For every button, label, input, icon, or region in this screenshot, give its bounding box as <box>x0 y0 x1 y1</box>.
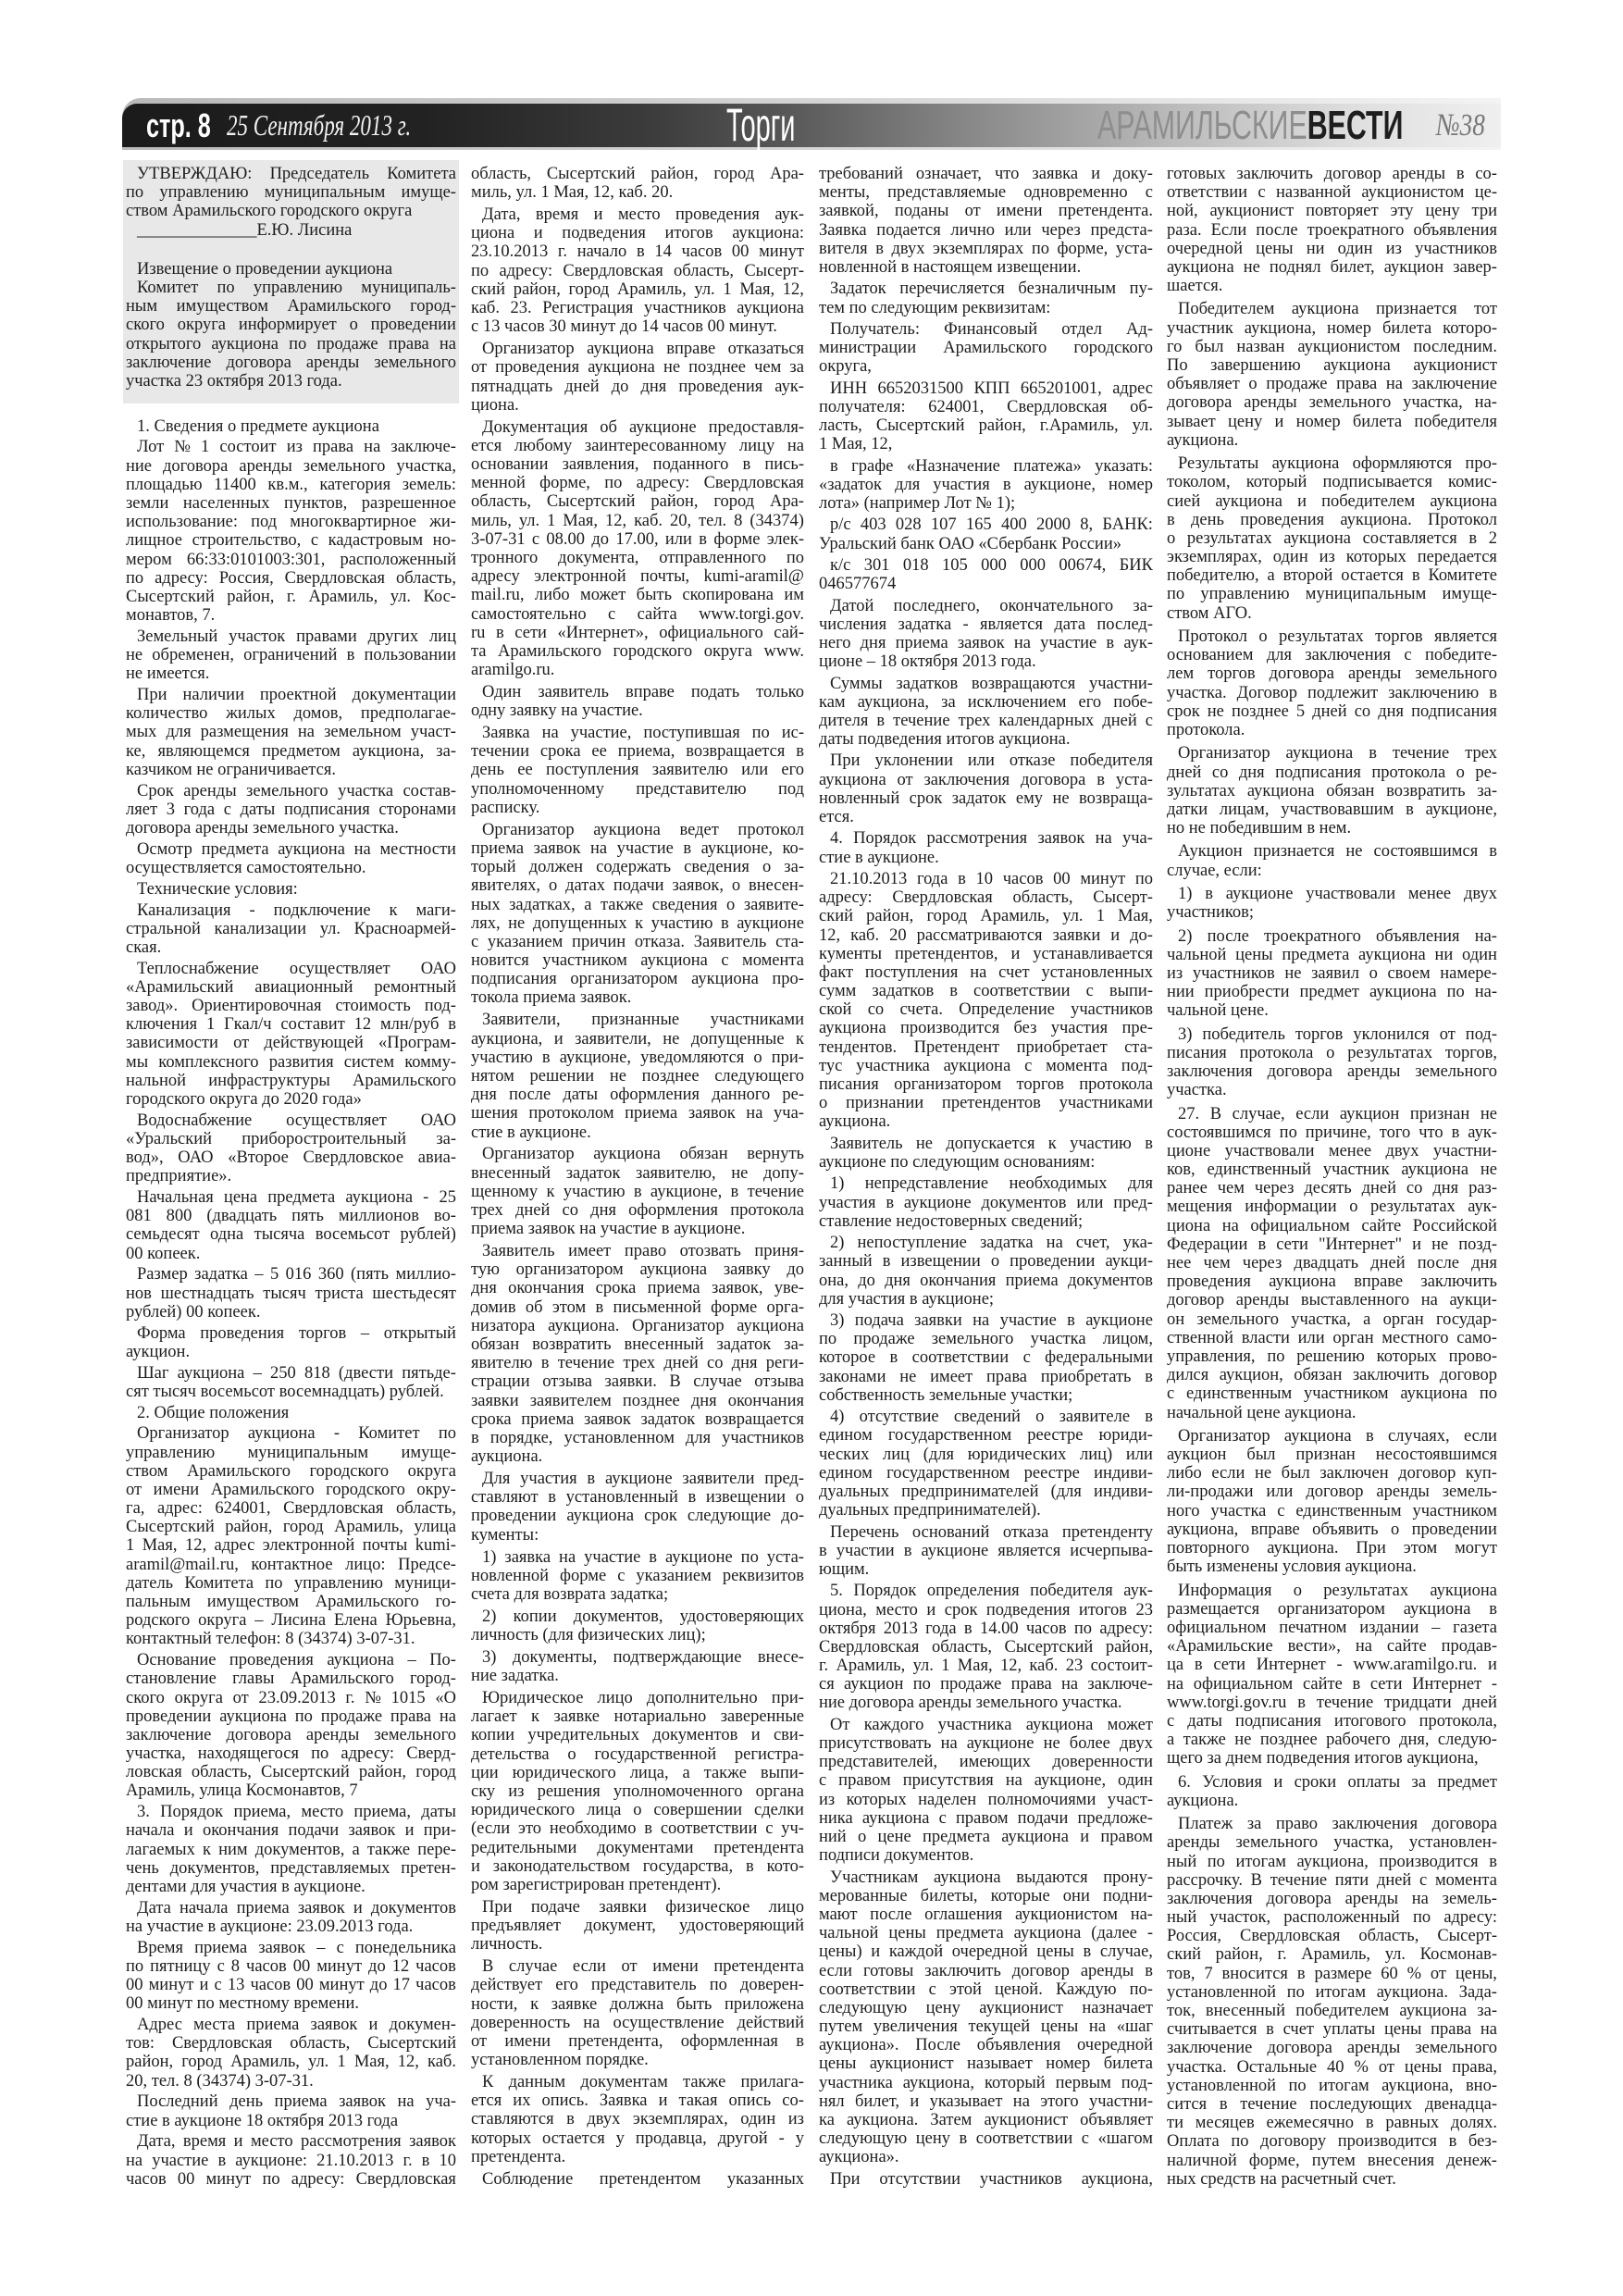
paragraph: Срок аренды земельного участка состав-ля… <box>126 782 456 838</box>
text-line: проведении аукциона срок следующие до- <box>471 1507 804 1525</box>
text-line: ти месяцев ежемесячно в равных долях. <box>1167 2114 1497 2132</box>
text-line: дуальных предпринимателей (для индиви- <box>819 1483 1153 1501</box>
text-line: начала и окончания подачи заявок и при- <box>126 1821 456 1840</box>
text-line: Организатор аукциона обязан вернуть <box>471 1145 804 1163</box>
text-line: детельства о государственной регистра- <box>471 1745 804 1764</box>
text-line: тус участника аукциона с момента под- <box>819 1057 1153 1075</box>
text-line: Технические условия: <box>126 880 456 899</box>
text-line: она, до дня окончания приема документов <box>819 1272 1153 1290</box>
text-line: следующую цену в соответствии с «шагом <box>819 2129 1153 2148</box>
text-line: о результатах аукциона составляется в 2 <box>1167 529 1497 548</box>
text-line: родского округа – Лисина Елена Юрьевна, <box>126 1611 456 1630</box>
text-line: Основание проведения аукциона – По- <box>126 1651 456 1669</box>
paragraph: р/с 403 028 107 165 400 2000 8, БАНК:Ура… <box>819 515 1153 552</box>
paragraph: Извещение о проведении аукциона <box>126 260 456 279</box>
text-line: новленной в настоящем извещении. <box>819 258 1153 277</box>
text-line: писания протокола о результатах торгов, <box>1167 1044 1497 1062</box>
paragraph: Технические условия: <box>126 880 456 899</box>
text-line: ИНН 6652031500 КПП 665201001, адрес <box>819 379 1153 398</box>
text-line: Заявка подается лично или через предста- <box>819 221 1153 240</box>
paragraph: При подаче заявки физическое лицопредъяв… <box>471 1898 804 1955</box>
text-line: ется их опись. Заявка и такая опись со- <box>471 2091 804 2110</box>
text-line: Лот № 1 состоит из права на заключе- <box>126 438 456 456</box>
text-line: Сысертский район, г. Арамиль, ул. Кос- <box>126 588 456 606</box>
text-line: основании заявления, поданного в пись- <box>471 455 804 474</box>
text-line: 1. Сведения о предмете аукциона <box>126 417 456 436</box>
text-line: ся аукцион по продаже права на заключе- <box>819 1675 1153 1694</box>
text-line: ______________Е.Ю. Лисина <box>126 221 456 240</box>
paragraph: в графе «Назначение платежа» указать:«за… <box>819 457 1153 514</box>
paragraph: Адрес места приема заявок и докумен-тов:… <box>126 2016 456 2091</box>
paragraph: Суммы задатков возвращаются участни-кам … <box>819 675 1153 750</box>
text-line: мы комплексного развития систем комму- <box>126 1053 456 1072</box>
issue-number: №38 <box>1436 104 1485 147</box>
text-line: Свердловская область, Сысертский район, <box>819 1638 1153 1657</box>
text-line: ску из решения уполномоченного органа <box>471 1782 804 1801</box>
text-line: кументы претендентов, и устанавливается <box>819 945 1153 963</box>
text-line: ставление недостоверных сведений; <box>819 1212 1153 1231</box>
text-line: чальной цены предмета аукциона ни один <box>1167 946 1497 964</box>
text-line: дня после даты оформления данного ре- <box>471 1086 804 1104</box>
text-line: в участии в аукционе является исчерпыва- <box>819 1542 1153 1560</box>
text-line: р/с 403 028 107 165 400 2000 8, БАНК: <box>819 515 1153 534</box>
text-line: Время приема заявок – с понедельника <box>126 1939 456 1957</box>
text-line: монавтов, 7. <box>126 606 456 625</box>
text-line: ством Арамильского городского округа <box>126 1462 456 1481</box>
text-line: Суммы задатков возвращаются участни- <box>819 675 1153 693</box>
text-line: участников; <box>1167 903 1497 922</box>
text-line: очередной цены ни один из участников <box>1167 240 1497 258</box>
text-line: ток, внесенный победителем аукциона за- <box>1167 2002 1497 2020</box>
text-line: 27. В случае, если аукцион признан не <box>1167 1105 1497 1123</box>
text-line: Водоснабжение осуществляет ОАО <box>126 1111 456 1130</box>
text-line: г. Арамиль, ул. 1 Мая, 12, каб. 23 состо… <box>819 1657 1153 1675</box>
text-line: домив об этом в письменной форме орга- <box>471 1298 804 1317</box>
text-line: Форма проведения торгов – открытый <box>126 1324 456 1343</box>
newspaper-page: стр. 8 25 Сентября 2013 г. Торги АРАМИЛЬ… <box>0 0 1623 2296</box>
text-line: предприятие». <box>126 1167 456 1185</box>
text-line: личность. <box>471 1935 804 1954</box>
text-line: уполномоченному представителю под <box>471 780 804 799</box>
text-line: проведении аукциона по продаже права на <box>126 1707 456 1726</box>
text-line: новленной форме с указанием реквизитов <box>471 1567 804 1585</box>
text-line: заключение договора аренды земельного <box>1167 2039 1497 2057</box>
text-line: Осмотр предмета аукциона на местности <box>126 840 456 859</box>
text-line: При отсутствии участников аукциона, <box>819 2170 1153 2189</box>
text-line: тендентов. Претендент приобретает ста- <box>819 1038 1153 1057</box>
text-line: даты подведения итогов аукциона. <box>819 730 1153 749</box>
text-line: 5. Порядок определения победителя аук- <box>819 1582 1153 1600</box>
text-line: протокола. <box>1167 721 1497 739</box>
text-line: и законодательством государства, в кото- <box>471 1857 804 1876</box>
text-line: мером 66:33:0101003:301, расположенный <box>126 551 456 569</box>
paragraph: Последний день приема заявок на уча-стие… <box>126 2092 456 2129</box>
text-line: 2) непоступление задатка на счет, ука- <box>819 1234 1153 1252</box>
paragraph: Основание проведения аукциона – По-стано… <box>126 1651 456 1801</box>
paragraph: Организатор аукциона ведет протоколприем… <box>471 821 804 1008</box>
paragraph: требований означает, что заявка и доку-м… <box>819 165 1153 277</box>
text-line: ной, аукционист повторяет эту цену три <box>1167 202 1497 220</box>
text-line: управлению муниципальным имуще- <box>126 1444 456 1462</box>
text-line: ющим. <box>819 1560 1153 1579</box>
text-line: ется любому заинтересованному лицу на <box>471 437 804 455</box>
text-line: аукцион. <box>126 1343 456 1361</box>
text-line: стральной канализации ул. Красноармей- <box>126 920 456 938</box>
text-line: щенному к участию в аукционе, в течение <box>471 1183 804 1201</box>
text-line: стие в аукционе. <box>471 1123 804 1142</box>
text-line: лем торгов договора аренды земельного <box>1167 664 1497 683</box>
text-line: заключение договора аренды земельного <box>126 1726 456 1744</box>
page-header: стр. 8 25 Сентября 2013 г. Торги АРАМИЛЬ… <box>122 98 1501 150</box>
text-line: ний о цене предмета аукциона и правом <box>819 1828 1153 1846</box>
text-line: ние договора аренды земельного участка. <box>819 1694 1153 1712</box>
text-line: Канализация - подключение к маги- <box>126 901 456 920</box>
text-line: кументы: <box>471 1526 804 1545</box>
text-line: из которых наделен полномочиями участ- <box>819 1791 1153 1809</box>
text-line: победителю, а второй остается в Комитете <box>1167 566 1497 585</box>
text-line: цены) и каждой очередной цены в случае, <box>819 1942 1153 1961</box>
text-line: тов, 7 вносится в размере 60 % от цены, <box>1167 1965 1497 1983</box>
text-line: Соблюдение претендентом указанных <box>471 2170 804 2189</box>
paragraph: Заявители, признанные участникамиаукцион… <box>471 1011 804 1141</box>
text-line: чальной цены предмета аукциона (далее - <box>819 1924 1153 1942</box>
text-line: 4. Порядок рассмотрения заявок на уча- <box>819 829 1153 848</box>
paragraph: 1) в аукционе участвовали менее двухучас… <box>1167 885 1497 922</box>
paragraph: Осмотр предмета аукциона на местностиосу… <box>126 840 456 877</box>
paragraph: область, Сысертский район, город Ара-мил… <box>471 165 804 202</box>
paragraph: УТВЕРЖДАЮ: Председатель Комитетапо управ… <box>126 165 456 221</box>
text-line: Документация об аукционе предоставля- <box>471 418 804 437</box>
text-line: датки лицам, участвовавшим в аукционе, <box>1167 800 1497 819</box>
paragraph: 1) заявка на участие в аукционе по уста-… <box>471 1548 804 1605</box>
text-line: По завершению аукциона аукционист <box>1167 356 1497 375</box>
text-line: 1 Мая, 12, <box>819 435 1153 453</box>
text-line: ческих лиц (для юридических лиц) или <box>819 1446 1153 1464</box>
text-line: циона. <box>471 396 804 415</box>
text-line: Организатор аукциона - Комитет по <box>126 1424 456 1443</box>
text-line: становление главы Арамильского город- <box>126 1669 456 1688</box>
text-line: Заявка на участие, поступившая по ис- <box>471 724 804 742</box>
text-line: собственность земельные участки; <box>819 1386 1153 1405</box>
paragraph: 4) отсутствие сведений о заявителе ведин… <box>819 1408 1153 1520</box>
text-line: вод», ОАО «Второе Свердловское авиа- <box>126 1148 456 1167</box>
text-line: казчиком не ограничивается. <box>126 761 456 779</box>
text-line: с 13 часов 30 минут до 14 часов 00 минут… <box>471 317 804 336</box>
paragraph: 1) непредставление необходимых дляучасти… <box>819 1174 1153 1231</box>
text-line: ством АГО. <box>1167 604 1497 623</box>
text-line: октября 2013 года в 14.00 часов по адрес… <box>819 1620 1153 1638</box>
text-line: Земельный участок правами других лиц <box>126 627 456 646</box>
text-line: 3. Порядок приема, место приема, даты <box>126 1803 456 1821</box>
text-line: Участникам аукциона выдаются прону- <box>819 1868 1153 1887</box>
text-line: на участие в аукционе: 21.10.2013 г. в 1… <box>126 2152 456 2170</box>
paragraph: 2) копии документов, удостоверяющихлично… <box>471 1607 804 1644</box>
text-line: Федерации в сети "Интернет" и не позд- <box>1167 1235 1497 1254</box>
article-column-2: область, Сысертский район, город Ара-мил… <box>471 165 804 2189</box>
text-line: использование: под многоквартирное жи- <box>126 513 456 531</box>
text-line: ласть, Сысертский район, г.Арамиль, ул. <box>819 416 1153 435</box>
text-line: по адресу: Свердловская область, Сысерт- <box>471 262 804 280</box>
page-number: стр. 8 <box>146 104 211 147</box>
paragraph: Организатор аукциона в случаях, еслиаукц… <box>1167 1427 1497 1577</box>
paragraph: Организатор аукциона вправе отказатьсяот… <box>471 340 804 415</box>
text-line: ков, единственный участник аукциона не <box>1167 1160 1497 1179</box>
text-line: Платеж за право заключения договора <box>1167 1815 1497 1833</box>
text-line: день ее поступления заявителю или его <box>471 761 804 779</box>
paragraph: Информация о результатах аукционаразмеща… <box>1167 1582 1497 1769</box>
text-line: нии приобрести предмет аукциона по на- <box>1167 983 1497 1001</box>
text-line: Адрес места приема заявок и докумен- <box>126 2016 456 2034</box>
newspaper-name-bold: ВЕСТИ <box>1307 103 1404 148</box>
text-line: www.torgi.gov.ru в течение тридцати дней <box>1167 1694 1497 1712</box>
text-line: ский район, г. Арамиль, ул. Космонав- <box>1167 1945 1497 1964</box>
paragraph: 4. Порядок рассмотрения заявок на уча-ст… <box>819 829 1153 866</box>
text-line: адресу: Свердловская область, Сысерт- <box>819 888 1153 907</box>
text-line: законами не имеет права приобретать в <box>819 1368 1153 1386</box>
text-line: Задаток перечисляется безналичным пу- <box>819 279 1153 298</box>
text-line: Оплата по договору производится в без- <box>1167 2132 1497 2151</box>
text-line: ответствии с названной аукционистом це- <box>1167 183 1497 202</box>
text-line: требований означает, что заявка и доку- <box>819 165 1153 183</box>
text-line: цены аукционист называет номер билета <box>819 2054 1153 2073</box>
text-line: циона на официальном сайте Российской <box>1167 1217 1497 1235</box>
text-line: К данным документам также прилага- <box>471 2073 804 2091</box>
text-line: на участие в аукционе: 23.09.2013 года. <box>126 1917 456 1936</box>
text-line: Россия, Свердловская область, Сысерт- <box>1167 1927 1497 1945</box>
text-line: лагаемых к ним документов, а также пере- <box>126 1841 456 1859</box>
text-line: присутствовать на аукционе не более двух <box>819 1734 1153 1753</box>
text-line: Заявитель не допускается к участию в <box>819 1135 1153 1153</box>
text-line: мых для размещения на земельном участ- <box>126 723 456 741</box>
text-line: договора аренды земельного участка, на- <box>1167 393 1497 412</box>
paragraph: Один заявитель вправе подать толькоодну … <box>471 683 804 720</box>
text-line: по продаже земельного участка лицом, <box>819 1330 1153 1348</box>
text-line: срока приема заявок задаток возвращается <box>471 1410 804 1429</box>
text-line: путем увеличения текущей цены на «шаг <box>819 2017 1153 2036</box>
text-line: наличной форме, путем внесения денеж- <box>1167 2152 1497 2170</box>
paragraph: Дата, время и место рассмотрения заявокн… <box>126 2132 456 2189</box>
paragraph: При уклонении или отказе победителяаукци… <box>819 751 1153 826</box>
text-line: к/с 301 018 105 000 000 00674, БИК <box>819 556 1153 575</box>
text-line: Протокол о результатах торгов является <box>1167 627 1497 646</box>
text-line: счета для возврата задатка; <box>471 1585 804 1604</box>
text-line: дня окончания срока приема заявок, уве- <box>471 1279 804 1297</box>
text-line: 12, каб. 20 рассматриваются заявки и до- <box>819 926 1153 945</box>
text-line: лях, не допущенных к участию в аукционе <box>471 914 804 933</box>
text-line: не имеется. <box>126 664 456 683</box>
paragraph: Заявка на участие, поступившая по ис-теч… <box>471 724 804 817</box>
text-line: го был назван аукционистом последним. <box>1167 338 1497 356</box>
text-line: циона, место и срок подведения итогов 23 <box>819 1601 1153 1620</box>
text-line: каб. 23. Регистрация участников аукциона <box>471 299 804 317</box>
paragraph: Шаг аукциона – 250 818 (двести пятьде-ся… <box>126 1364 456 1401</box>
paragraph: Размер задатка – 5 016 360 (пять миллио-… <box>126 1265 456 1322</box>
text-line: писания организатором торгов протокола <box>819 1075 1153 1094</box>
text-line: участия в аукционе документов или пред- <box>819 1194 1153 1212</box>
text-line: ности, к заявке должна быть приложена <box>471 1995 804 2014</box>
text-line: Арамиль, улица Космонавтов, 7 <box>126 1781 456 1800</box>
text-line: Организатор аукциона ведет протокол <box>471 821 804 839</box>
text-line: Дата, время и место рассмотрения заявок <box>126 2132 456 2151</box>
text-line: миль, ул. 1 Мая, 12, каб. 20, тел. 8 (34… <box>471 512 804 530</box>
article-column-3: требований означает, что заявка и доку-м… <box>819 165 1153 2189</box>
paragraph: От каждого участника аукциона можетпрису… <box>819 1716 1153 1866</box>
text-line: завод». Ориентировочная стоимость под- <box>126 997 456 1015</box>
text-line: дился аукцион, обязан заключить договор <box>1167 1366 1497 1384</box>
text-line: Один заявитель вправе подать только <box>471 683 804 701</box>
paragraph: Получатель: Финансовый отдел Ад-министра… <box>819 320 1153 377</box>
text-line: министрации Арамильского городского <box>819 339 1153 357</box>
text-line: копии учредительных документов и сви- <box>471 1726 804 1744</box>
text-line: новится участником аукциона с момента <box>471 951 804 970</box>
paragraph: 2) после троекратного объявления на-чаль… <box>1167 927 1497 1021</box>
text-line: аукциона. <box>1167 1792 1497 1810</box>
text-line: приема заявок на участие в аукционе. <box>471 1220 804 1238</box>
text-line: явителях, о датах подачи заявок, о внесе… <box>471 876 804 895</box>
text-line: одну заявку на участие. <box>471 701 804 720</box>
section-title: Торги <box>726 104 795 147</box>
text-line: страции отзыва заявки. В случае отзыва <box>471 1372 804 1391</box>
text-line: Теплоснабжение осуществляет ОАО <box>126 960 456 978</box>
text-line: с указанием причин отказа. Заявитель ста… <box>471 933 804 951</box>
text-line: низатора аукциона. Организатор аукциона <box>471 1317 804 1335</box>
text-line: При уклонении или отказе победителя <box>819 751 1153 770</box>
text-line: не обременен, ограничений в пользовании <box>126 646 456 664</box>
text-line: подписи документов. <box>819 1846 1153 1865</box>
text-line: зывает цену и номер билета победителя <box>1167 413 1497 431</box>
text-line: аукциона. <box>471 1447 804 1466</box>
paragraph: Платеж за право заключения договорааренд… <box>1167 1815 1497 2189</box>
paragraph: Для участия в аукционе заявители пред-ст… <box>471 1470 804 1545</box>
text-line: Информация о результатах аукциона <box>1167 1582 1497 1600</box>
text-line: в день проведения аукциона. Протокол <box>1167 511 1497 529</box>
paragraph: Заявитель не допускается к участию ваукц… <box>819 1135 1153 1172</box>
text-line: 00 минут и с 13 часов 00 минут до 17 час… <box>126 1976 456 1994</box>
text-line: заявки заявителем позднее дня окончания <box>471 1392 804 1410</box>
text-line: сумм задатков в соответствии с выпи- <box>819 982 1153 1000</box>
paragraph: 1. Сведения о предмете аукциона <box>126 417 456 436</box>
paragraph: Теплоснабжение осуществляет ОАО«Арамильс… <box>126 960 456 1110</box>
text-line: менты, представляемые одновременно с <box>819 183 1153 202</box>
text-line: рублей) 00 копеек. <box>126 1303 456 1322</box>
text-line: При наличии проектной документации <box>126 686 456 704</box>
text-line: aramil@mail.ru, контактное лицо: Предсе- <box>126 1556 456 1574</box>
text-line: ца в сети Интернет - www.aramilgo.ru. и <box>1167 1656 1497 1674</box>
text-line: в порядке, установленном для участников <box>471 1429 804 1447</box>
paragraph: При наличии проектной документацииколиче… <box>126 686 456 779</box>
notice-block: Извещение о проведении аукционаКомитет п… <box>126 260 456 391</box>
text-line: «Арамильский авиационный ремонтный <box>126 978 456 997</box>
text-line: ского округа информирует о проведении <box>126 316 456 334</box>
text-line: округа, <box>819 357 1153 376</box>
text-line: начальной цене аукциона. <box>1167 1404 1497 1422</box>
paragraph: Организатор аукциона - Комитет поуправле… <box>126 1424 456 1648</box>
text-line: быть изменены условия аукциона. <box>1167 1558 1497 1576</box>
text-line: юридического лица о совершении сделки <box>471 1801 804 1819</box>
paragraph: Соблюдение претендентом указанных <box>471 2170 804 2189</box>
text-line: пальным имуществом Арамильского го- <box>126 1593 456 1611</box>
newspaper-name: АРАМИЛЬСКИЕВЕСТИ <box>1097 104 1403 147</box>
text-line: лагает к заявке нотариально заверенные <box>471 1707 804 1726</box>
text-line: личность (для физических лиц); <box>471 1626 804 1644</box>
text-line: течении срока ее приема, возвращается в <box>471 742 804 761</box>
paragraph: 3) подача заявки на участие в аукционепо… <box>819 1311 1153 1405</box>
text-line: едином государственном реестре юриди- <box>819 1426 1153 1445</box>
text-line: заключение договора аренды земельного <box>126 354 456 372</box>
text-line: нее чем через двадцать дней после дня <box>1167 1254 1497 1272</box>
paragraph: к/с 301 018 105 000 000 00674, БИК046577… <box>819 556 1153 593</box>
text-line: едином государственном реестре индиви- <box>819 1464 1153 1483</box>
text-line: Для участия в аукционе заявители пред- <box>471 1470 804 1488</box>
paragraph: Комитет по управлению муниципаль-ным иму… <box>126 279 456 391</box>
paragraph: Дата, время и место проведения аук-циона… <box>471 205 804 336</box>
text-line: 2) после троекратного объявления на- <box>1167 927 1497 946</box>
paragraph: Датой последнего, окончательного за-числ… <box>819 597 1153 672</box>
text-line: аукциона». После объявления очередной <box>819 2036 1153 2054</box>
text-line: шается. <box>1167 277 1497 295</box>
text-line: самостоятельно с сайта www.torgi.gov. <box>471 605 804 624</box>
text-line: сится в течение последующих двенадца- <box>1167 2095 1497 2114</box>
text-line: управления, по решению которых прово- <box>1167 1347 1497 1366</box>
text-line: (если это необходимо в соответствии с уч… <box>471 1819 804 1838</box>
paragraph: 3. Порядок приема, место приема, датынач… <box>126 1803 456 1896</box>
paragraph: 2) непоступление задатка на счет, ука-за… <box>819 1234 1153 1309</box>
text-line: новленный срок задаток ему не возвраща- <box>819 789 1153 808</box>
text-line: нов шестнадцать тысяч триста шестьдесят <box>126 1285 456 1303</box>
text-line: Юридическое лицо дополнительно при- <box>471 1689 804 1707</box>
text-line: мают после оглашения аукционистом на- <box>819 1905 1153 1924</box>
text-line: 2. Общие положения <box>126 1404 456 1422</box>
text-line: с даты подписания итогового протокола, <box>1167 1712 1497 1731</box>
text-line: Шаг аукциона – 250 818 (двести пятьде- <box>126 1364 456 1383</box>
text-line: нял билет, и указывает на этого участни- <box>819 2092 1153 2111</box>
text-line: участника аукциона, который первым под- <box>819 2074 1153 2092</box>
text-line: факт поступления на счет установленных <box>819 963 1153 982</box>
paragraph: 2. Общие положения <box>126 1404 456 1422</box>
text-line: трех дней со дня оформления протокола <box>471 1201 804 1220</box>
text-line: 2) копии документов, удостоверяющих <box>471 1607 804 1626</box>
newspaper-name-light: АРАМИЛЬСКИЕ <box>1097 103 1307 148</box>
text-line: которых остается у продавца, другой - у <box>471 2129 804 2148</box>
text-line: готовых заключить договор аренды в со- <box>1167 165 1497 183</box>
text-line: Извещение о проведении аукциона <box>126 260 456 279</box>
text-line: mail.ru, либо может быть скопирована им <box>471 586 804 604</box>
text-line: тов: Свердловская область, Сысертский <box>126 2034 456 2053</box>
text-line: датель Комитета по управлению муници- <box>126 1574 456 1593</box>
text-line: сией аукциона и победителем аукциона <box>1167 492 1497 511</box>
text-line: токолом, который подписывается комис- <box>1167 473 1497 491</box>
text-line: менной форме, по адресу: Свердловская <box>471 474 804 492</box>
text-line: предъявляет документ, удостоверяющий <box>471 1917 804 1935</box>
text-line: участка, находящегося по адресу: Сверд- <box>126 1744 456 1763</box>
text-line: Результаты аукциона оформляются про- <box>1167 454 1497 473</box>
text-line: пятнадцать дней до дня проведения аук- <box>471 378 804 396</box>
text-line: считывается в счет уплаты цены права на <box>1167 2020 1497 2039</box>
text-line: участка. <box>1167 1081 1497 1099</box>
text-line: проведения аукциона вправе заключить <box>1167 1272 1497 1291</box>
text-line: контактный телефон: 8 (34374) 3-07-31. <box>126 1630 456 1648</box>
text-line: дентами для участия в аукционе. <box>126 1878 456 1896</box>
text-line: получателя: 624001, Свердловская об- <box>819 398 1153 416</box>
text-line: 23.10.2013 г. начало в 14 часов 00 минут <box>471 242 804 261</box>
text-line: «Арамильские вести», на сайте продав- <box>1167 1637 1497 1656</box>
text-line: от имени Арамильского городского окру- <box>126 1481 456 1499</box>
text-line: чальной цене. <box>1167 1001 1497 1020</box>
text-line: 4) отсутствие сведений о заявителе в <box>819 1408 1153 1426</box>
text-line: договор аренды выставленного на аукци- <box>1167 1291 1497 1309</box>
text-line: аукциона. <box>1167 431 1497 450</box>
text-line: «задаток для участия в аукционе, номер <box>819 476 1153 494</box>
